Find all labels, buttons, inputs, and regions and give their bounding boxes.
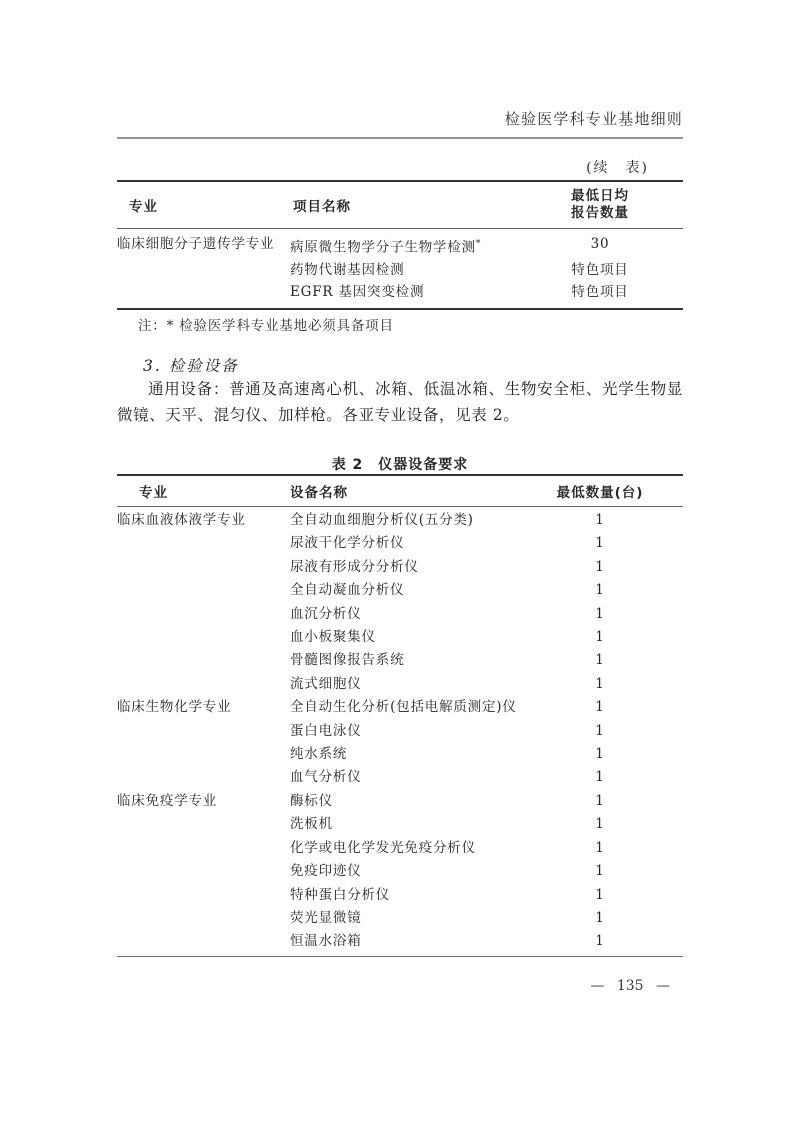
specialty-cell [117,884,290,907]
table-row: 骨髓图像报告系统1 [117,649,683,672]
table-row: 临床血液体液学专业全自动血细胞分析仪(五分类)1 [117,509,683,532]
column-header-item: 项目名称 [290,195,517,215]
specialty-cell [117,766,290,789]
value-cell: 1 [517,766,683,789]
item-cell: 化学或电化学发光免疫分析仪 [290,837,517,860]
equipment-table-title: 表 2 仪器设备要求 [117,454,683,474]
specialty-cell [117,259,290,281]
item-cell: 全自动凝血分析仪 [290,579,517,602]
table-row: 化学或电化学发光免疫分析仪1 [117,837,683,860]
value-cell: 1 [517,673,683,696]
item-cell: 病原微生物学分子生物学检测* [290,233,517,259]
value-cell: 1 [517,790,683,813]
value-cell: 1 [517,884,683,907]
running-header: 检验医学科专业基地细则 [117,108,683,129]
value-cell: 特色项目 [517,259,683,281]
specialty-cell [117,532,290,555]
table-row: 临床生物化学专业全自动生化分析(包括电解质测定)仪1 [117,696,683,719]
page-number: — 135 — [117,978,683,994]
table-continuation-label: (续 表) [117,157,683,177]
item-cell: 血小板聚集仪 [290,626,517,649]
table-row: 尿液干化学分析仪1 [117,532,683,555]
value-cell: 1 [517,556,683,579]
item-cell: 蛋白电泳仪 [290,720,517,743]
table-row: 血气分析仪1 [117,766,683,789]
item-cell: 全自动血细胞分析仪(五分类) [290,509,517,532]
value-cell: 特色项目 [517,281,683,303]
item-cell: 荧光显微镜 [290,907,517,930]
specialty-cell [117,860,290,883]
specialty-cell: 临床生物化学专业 [117,696,290,719]
value-cell: 1 [517,626,683,649]
table-row: 血沉分析仪1 [117,603,683,626]
table-row: 尿液有形成分分析仪1 [117,556,683,579]
item-cell: 免疫印迹仪 [290,860,517,883]
value-cell: 1 [517,860,683,883]
table-row: 临床免疫学专业酶标仪1 [117,790,683,813]
specialty-cell: 临床血液体液学专业 [117,509,290,532]
equipment-table-body: 临床血液体液学专业全自动血细胞分析仪(五分类)1尿液干化学分析仪1尿液有形成分分… [117,507,683,956]
specialty-cell [117,930,290,953]
continuation-table: 专业 项目名称 最低日均 报告数量 临床细胞分子遗传学专业病原微生物学分子生物学… [117,180,683,310]
value-cell: 1 [517,837,683,860]
specialty-cell [117,603,290,626]
specialty-cell [117,579,290,602]
value-cell: 1 [517,579,683,602]
specialty-cell: 临床免疫学专业 [117,790,290,813]
value-cell: 1 [517,907,683,930]
table-row: 全自动凝血分析仪1 [117,579,683,602]
specialty-cell [117,556,290,579]
section-paragraph: 通用设备：普通及高速离心机、冰箱、低温冰箱、生物安全柜、光学生物显微镜、天平、混… [117,377,683,428]
item-cell: 骨髓图像报告系统 [290,649,517,672]
item-cell: 血沉分析仪 [290,603,517,626]
value-cell: 30 [517,233,683,259]
column-header-specialty: 专业 [117,195,290,215]
value-cell: 1 [517,743,683,766]
specialty-cell [117,649,290,672]
item-cell: 恒温水浴箱 [290,930,517,953]
table-row: 蛋白电泳仪1 [117,720,683,743]
table-note: 注：* 检验医学科专业基地必须具备项目 [117,314,683,334]
table-row: 流式细胞仪1 [117,673,683,696]
table-row: 纯水系统1 [117,743,683,766]
item-cell: 流式细胞仪 [290,673,517,696]
table-header-row: 专业 项目名称 最低日均 报告数量 [117,182,683,229]
value-cell: 1 [517,532,683,555]
equipment-table: 专业 设备名称 最低数量(台) 临床血液体液学专业全自动血细胞分析仪(五分类)1… [117,474,683,957]
specialty-cell [117,720,290,743]
document-page: 检验医学科专业基地细则 (续 表) 专业 项目名称 最低日均 报告数量 临床细胞… [0,0,800,1131]
column-header-min-quantity: 最低数量(台) [517,481,683,501]
value-cell: 1 [517,696,683,719]
item-cell: 纯水系统 [290,743,517,766]
table-row: 免疫印迹仪1 [117,860,683,883]
value-cell: 1 [517,649,683,672]
specialty-cell [117,281,290,303]
specialty-cell [117,673,290,696]
specialty-cell: 临床细胞分子遗传学专业 [117,233,290,259]
table-header-row: 专业 设备名称 最低数量(台) [117,476,683,507]
required-mark: * [476,239,481,249]
column-header-min-daily-reports: 最低日均 报告数量 [517,188,683,222]
table-row: 药物代谢基因检测特色项目 [117,259,683,281]
specialty-cell [117,813,290,836]
item-cell: 药物代谢基因检测 [290,259,517,281]
specialty-cell [117,626,290,649]
item-cell: 洗板机 [290,813,517,836]
header-rule-divider [117,137,683,139]
value-cell: 1 [517,603,683,626]
table-row: 恒温水浴箱1 [117,930,683,953]
table-row: 血小板聚集仪1 [117,626,683,649]
value-cell: 1 [517,720,683,743]
value-cell: 1 [517,813,683,836]
section-heading: 3. 检验设备 [117,354,683,376]
item-cell: 尿液干化学分析仪 [290,532,517,555]
table-row: 临床细胞分子遗传学专业病原微生物学分子生物学检测*30 [117,233,683,259]
item-cell: 全自动生化分析(包括电解质测定)仪 [290,696,517,719]
item-cell: 酶标仪 [290,790,517,813]
item-cell: EGFR 基因突变检测 [290,281,517,303]
item-cell: 尿液有形成分分析仪 [290,556,517,579]
table-row: 荧光显微镜1 [117,907,683,930]
item-cell: 血气分析仪 [290,766,517,789]
table-row: 特种蛋白分析仪1 [117,884,683,907]
column-header-device-name: 设备名称 [290,481,517,501]
specialty-cell [117,907,290,930]
specialty-cell [117,743,290,766]
table-row: EGFR 基因突变检测特色项目 [117,281,683,303]
value-cell: 1 [517,509,683,532]
item-cell: 特种蛋白分析仪 [290,884,517,907]
value-cell: 1 [517,930,683,953]
column-header-specialty: 专业 [117,481,290,501]
specialty-cell [117,837,290,860]
table-row: 洗板机1 [117,813,683,836]
continuation-table-body: 临床细胞分子遗传学专业病原微生物学分子生物学检测*30药物代谢基因检测特色项目E… [117,229,683,308]
